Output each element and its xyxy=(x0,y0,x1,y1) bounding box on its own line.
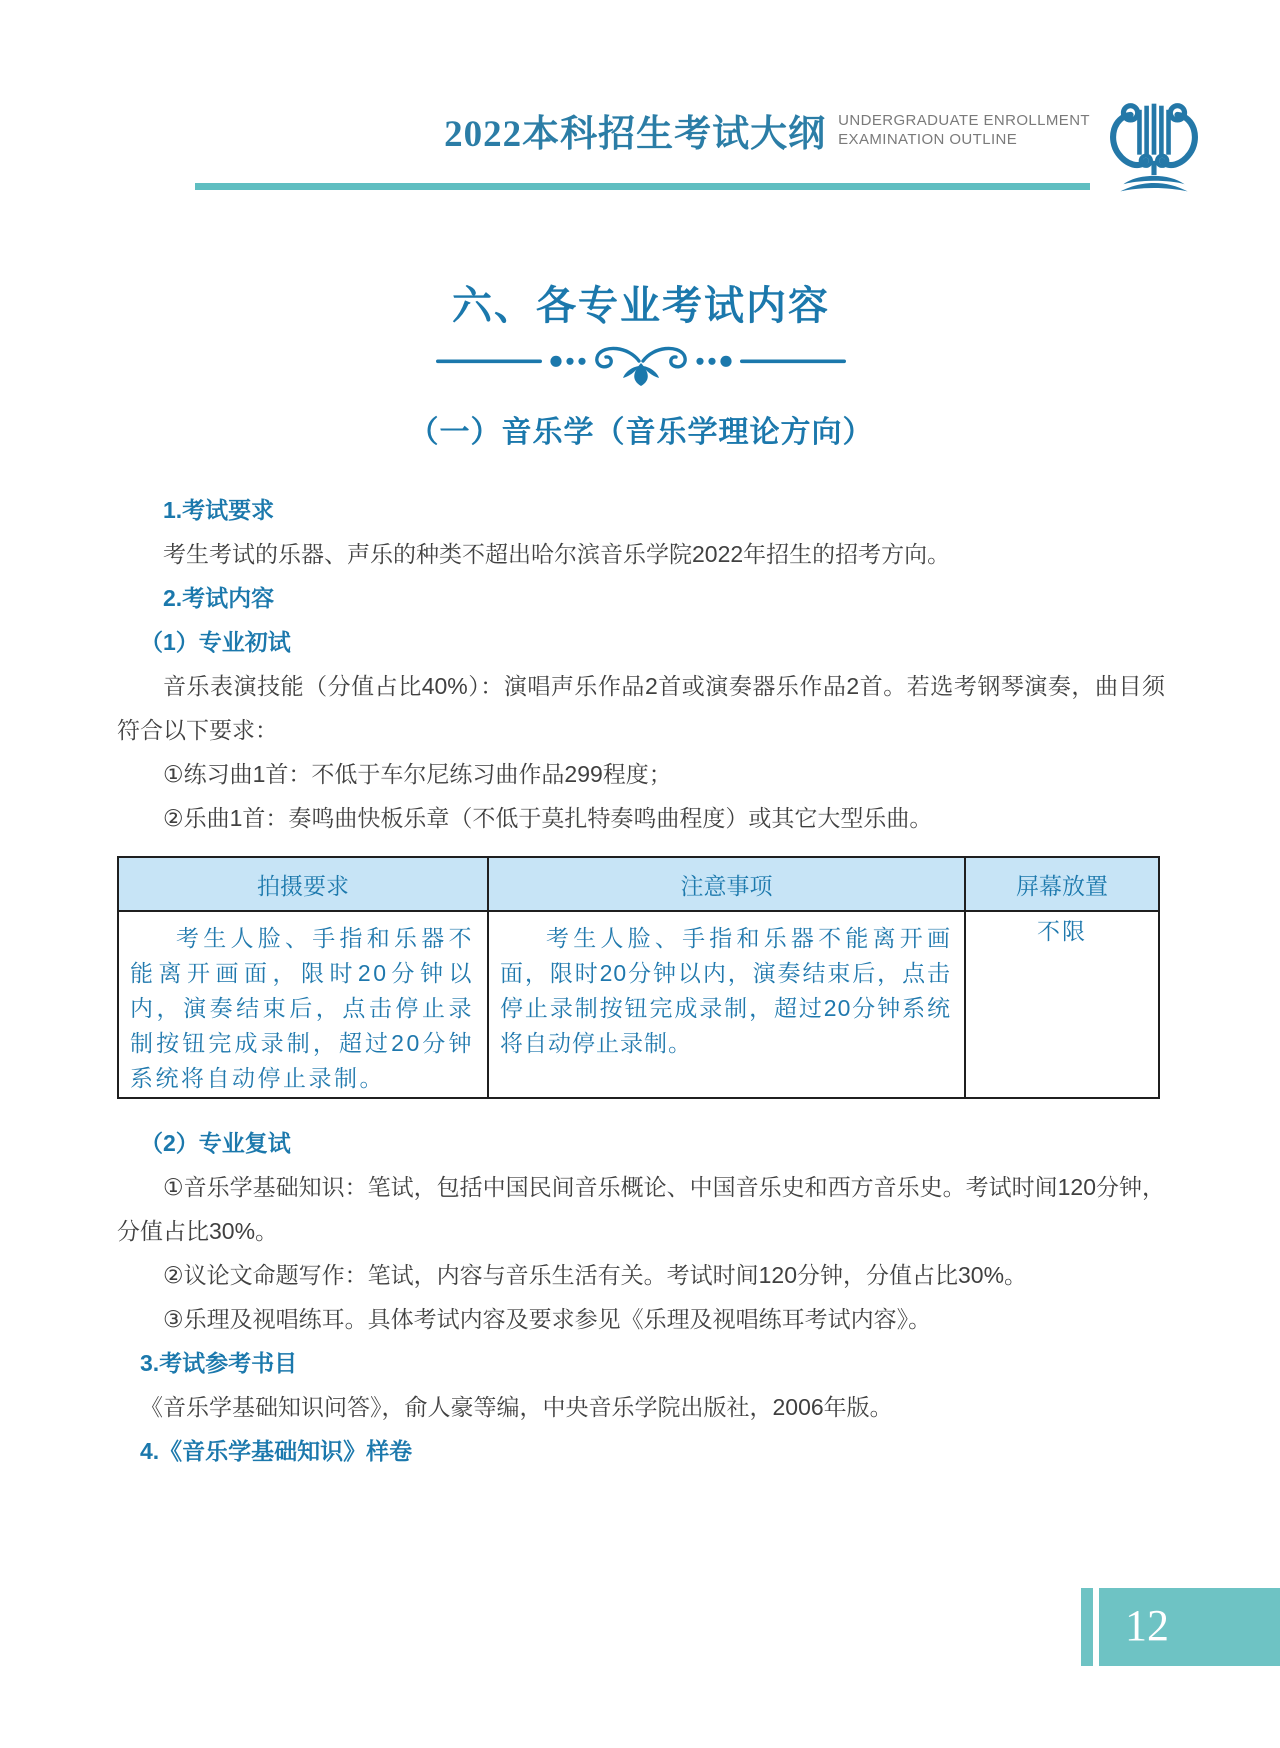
header-subtitle-line2: EXAMINATION OUTLINE xyxy=(838,130,1090,149)
header-subtitle: UNDERGRADUATE ENROLLMENT EXAMINATION OUT… xyxy=(838,111,1090,149)
paragraph-ear-training: ③乐理及视唱练耳。具体考试内容及要求参见《乐理及视唱练耳考试内容》。 xyxy=(117,1297,1165,1341)
cell-notes-text: 考生人脸、手指和乐器不能离开画面，限时20分钟以内，演奏结束后，点击停止录制按钮… xyxy=(490,913,963,1061)
page-number-accent-bar xyxy=(1081,1588,1093,1666)
document-page: 2022本科招生考试大纲 UNDERGRADUATE ENROLLMENT EX… xyxy=(0,0,1280,1748)
document-body: 六、各专业考试内容 （一）音乐学（音乐学理论方向） 1 xyxy=(117,282,1165,1473)
page-number: 12 xyxy=(1099,1588,1280,1666)
heading-sample-paper: 4.《音乐学基础知识》样卷 xyxy=(117,1429,1165,1473)
paragraph-block-1: 1.考试要求 考生考试的乐器、声乐的种类不超出哈尔滨音乐学院2022年招生的招考… xyxy=(117,488,1165,840)
paragraph-block-2: （2）专业复试 ①音乐学基础知识：笔试，包括中国民间音乐概论、中国音乐史和西方音… xyxy=(117,1121,1165,1473)
exam-recording-table: 拍摄要求 注意事项 屏幕放置 考生人脸、手指和乐器不能离开画面，限时20分钟以内… xyxy=(117,856,1160,1099)
heading-retest: （2）专业复试 xyxy=(117,1121,1165,1165)
subsection-title: （一）音乐学（音乐学理论方向） xyxy=(117,412,1165,454)
header-subtitle-line1: UNDERGRADUATE ENROLLMENT xyxy=(838,111,1090,130)
heading-exam-requirements: 1.考试要求 xyxy=(117,488,1165,532)
paragraph-piece-requirement: ②乐曲1首：奏鸣曲快板乐章（不低于莫扎特奏鸣曲程度）或其它大型乐曲。 xyxy=(117,796,1165,840)
table-row: 考生人脸、手指和乐器不能离开画面，限时20分钟以内，演奏结束后，点击停止录制按钮… xyxy=(118,911,1159,1098)
paragraph-exam-requirements: 考生考试的乐器、声乐的种类不超出哈尔滨音乐学院2022年招生的招考方向。 xyxy=(117,532,1165,576)
lyre-logo-icon xyxy=(1103,93,1205,199)
cell-notes: 考生人脸、手指和乐器不能离开画面，限时20分钟以内，演奏结束后，点击停止录制按钮… xyxy=(488,911,965,1098)
table-header-row: 拍摄要求 注意事项 屏幕放置 xyxy=(118,857,1159,911)
cell-screen-placement: 不限 xyxy=(965,911,1159,1098)
paragraph-essay-writing: ②议论文命题写作：笔试，内容与音乐生活有关。考试时间120分钟，分值占比30%。 xyxy=(117,1253,1165,1297)
header-rule xyxy=(195,183,1090,190)
table-header-shooting-requirements: 拍摄要求 xyxy=(118,857,488,911)
cell-shooting-requirements: 考生人脸、手指和乐器不能离开画面，限时20分钟以内，演奏结束后，点击停止录制按钮… xyxy=(118,911,488,1098)
table-header-screen-placement: 屏幕放置 xyxy=(965,857,1159,911)
ornamental-divider-icon xyxy=(436,340,846,386)
cell-shooting-requirements-text: 考生人脸、手指和乐器不能离开画面，限时20分钟以内，演奏结束后，点击停止录制按钮… xyxy=(120,913,486,1096)
paragraph-performance-skills: 音乐表演技能（分值占比40%）：演唱声乐作品2首或演奏器乐作品2首。若选考钢琴演… xyxy=(117,664,1165,752)
heading-preliminary-exam: （1）专业初试 xyxy=(117,620,1165,664)
heading-reference-books: 3.考试参考书目 xyxy=(117,1341,1165,1385)
heading-exam-content: 2.考试内容 xyxy=(117,576,1165,620)
page-title: 六、各专业考试内容 xyxy=(117,282,1165,330)
paragraph-music-theory-basics: ①音乐学基础知识：笔试，包括中国民间音乐概论、中国音乐史和西方音乐史。考试时间1… xyxy=(117,1165,1165,1253)
paragraph-reference-book: 《音乐学基础知识问答》，俞人豪等编，中央音乐学院出版社，2006年版。 xyxy=(117,1385,1165,1429)
page-header: 2022本科招生考试大纲 UNDERGRADUATE ENROLLMENT EX… xyxy=(444,103,1090,157)
table-header-notes: 注意事项 xyxy=(488,857,965,911)
header-title: 2022本科招生考试大纲 xyxy=(444,103,826,157)
paragraph-etude-requirement: ①练习曲1首：不低于车尔尼练习曲作品299程度； xyxy=(117,752,1165,796)
